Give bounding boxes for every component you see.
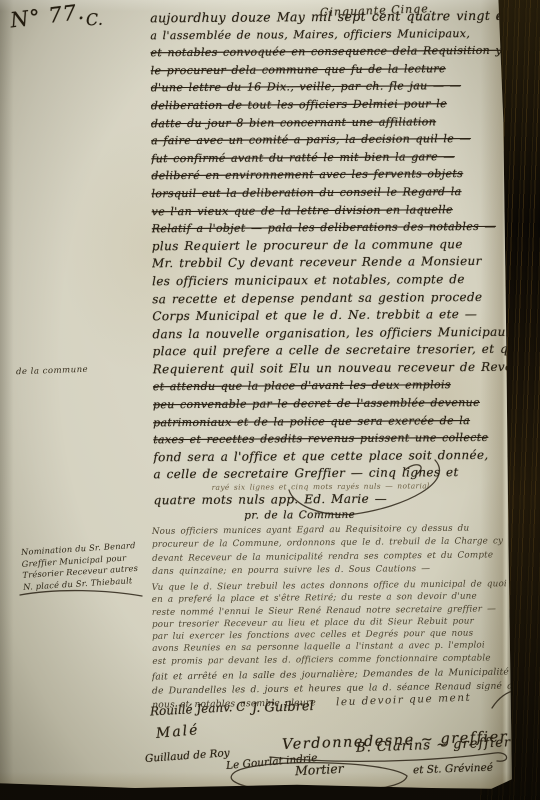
document-number: N° 77.: [9, 0, 86, 32]
signature: Mortier: [295, 761, 344, 779]
text-line: Corps Municipal et que le d. Ne. trebbit…: [152, 306, 514, 326]
appointment-text-block: Vu que le d. Sieur trebuil les actes don…: [152, 578, 521, 668]
text-line: dans quinzaine; en pourra suivre les d. …: [152, 562, 520, 579]
signature: J. Guibrel: [252, 699, 314, 716]
header-letter: C.: [86, 10, 104, 30]
text-line: lorsquil eut la deliberation du conseil …: [151, 183, 513, 203]
text-line: fond sera a l'office et que cette place …: [153, 447, 515, 467]
signature: et St. Grévineé: [413, 762, 493, 777]
text-line: aujourdhuy douze May mil sept cent quatr…: [150, 7, 512, 27]
text-line: les officiers municipaux et notables, co…: [152, 271, 514, 291]
margin-note-nomination: Nomination du Sr. BenardGreffier Municip…: [21, 539, 154, 593]
decision-text-block: Nous officiers munices ayant Egard au Re…: [152, 522, 521, 579]
text-line: pr. de la Commune: [154, 507, 516, 523]
main-text-block: aujourdhuy douze May mil sept cent quatr…: [150, 7, 516, 523]
text-line: et notables convoquée en consequence del…: [150, 42, 512, 62]
margin-note-commune: de la commune: [16, 365, 88, 378]
text-line: taxes et recettes desdits revenus puisse…: [153, 429, 515, 449]
text-line: Relatif a l'objet — pala les deliberatio…: [152, 218, 514, 238]
signature: Malé: [155, 722, 200, 742]
signature: Guillaud de Roy: [145, 747, 230, 765]
text-line: peu convenable par le decret de l'assemb…: [153, 394, 515, 414]
manuscript-page: N° 77. C. Cinquante Cinqe. aujourdhuy do…: [0, 0, 540, 800]
manuscript-photo: N° 77. C. Cinquante Cinqe. aujourdhuy do…: [0, 0, 540, 800]
text-line: Requierent quil soit Elu un nouveau rece…: [153, 359, 515, 379]
text-line: d'une lettre du 16 Dix., veille, par ch.…: [151, 77, 513, 97]
text-line: a faire avec un comité a paris, la decis…: [151, 130, 513, 150]
